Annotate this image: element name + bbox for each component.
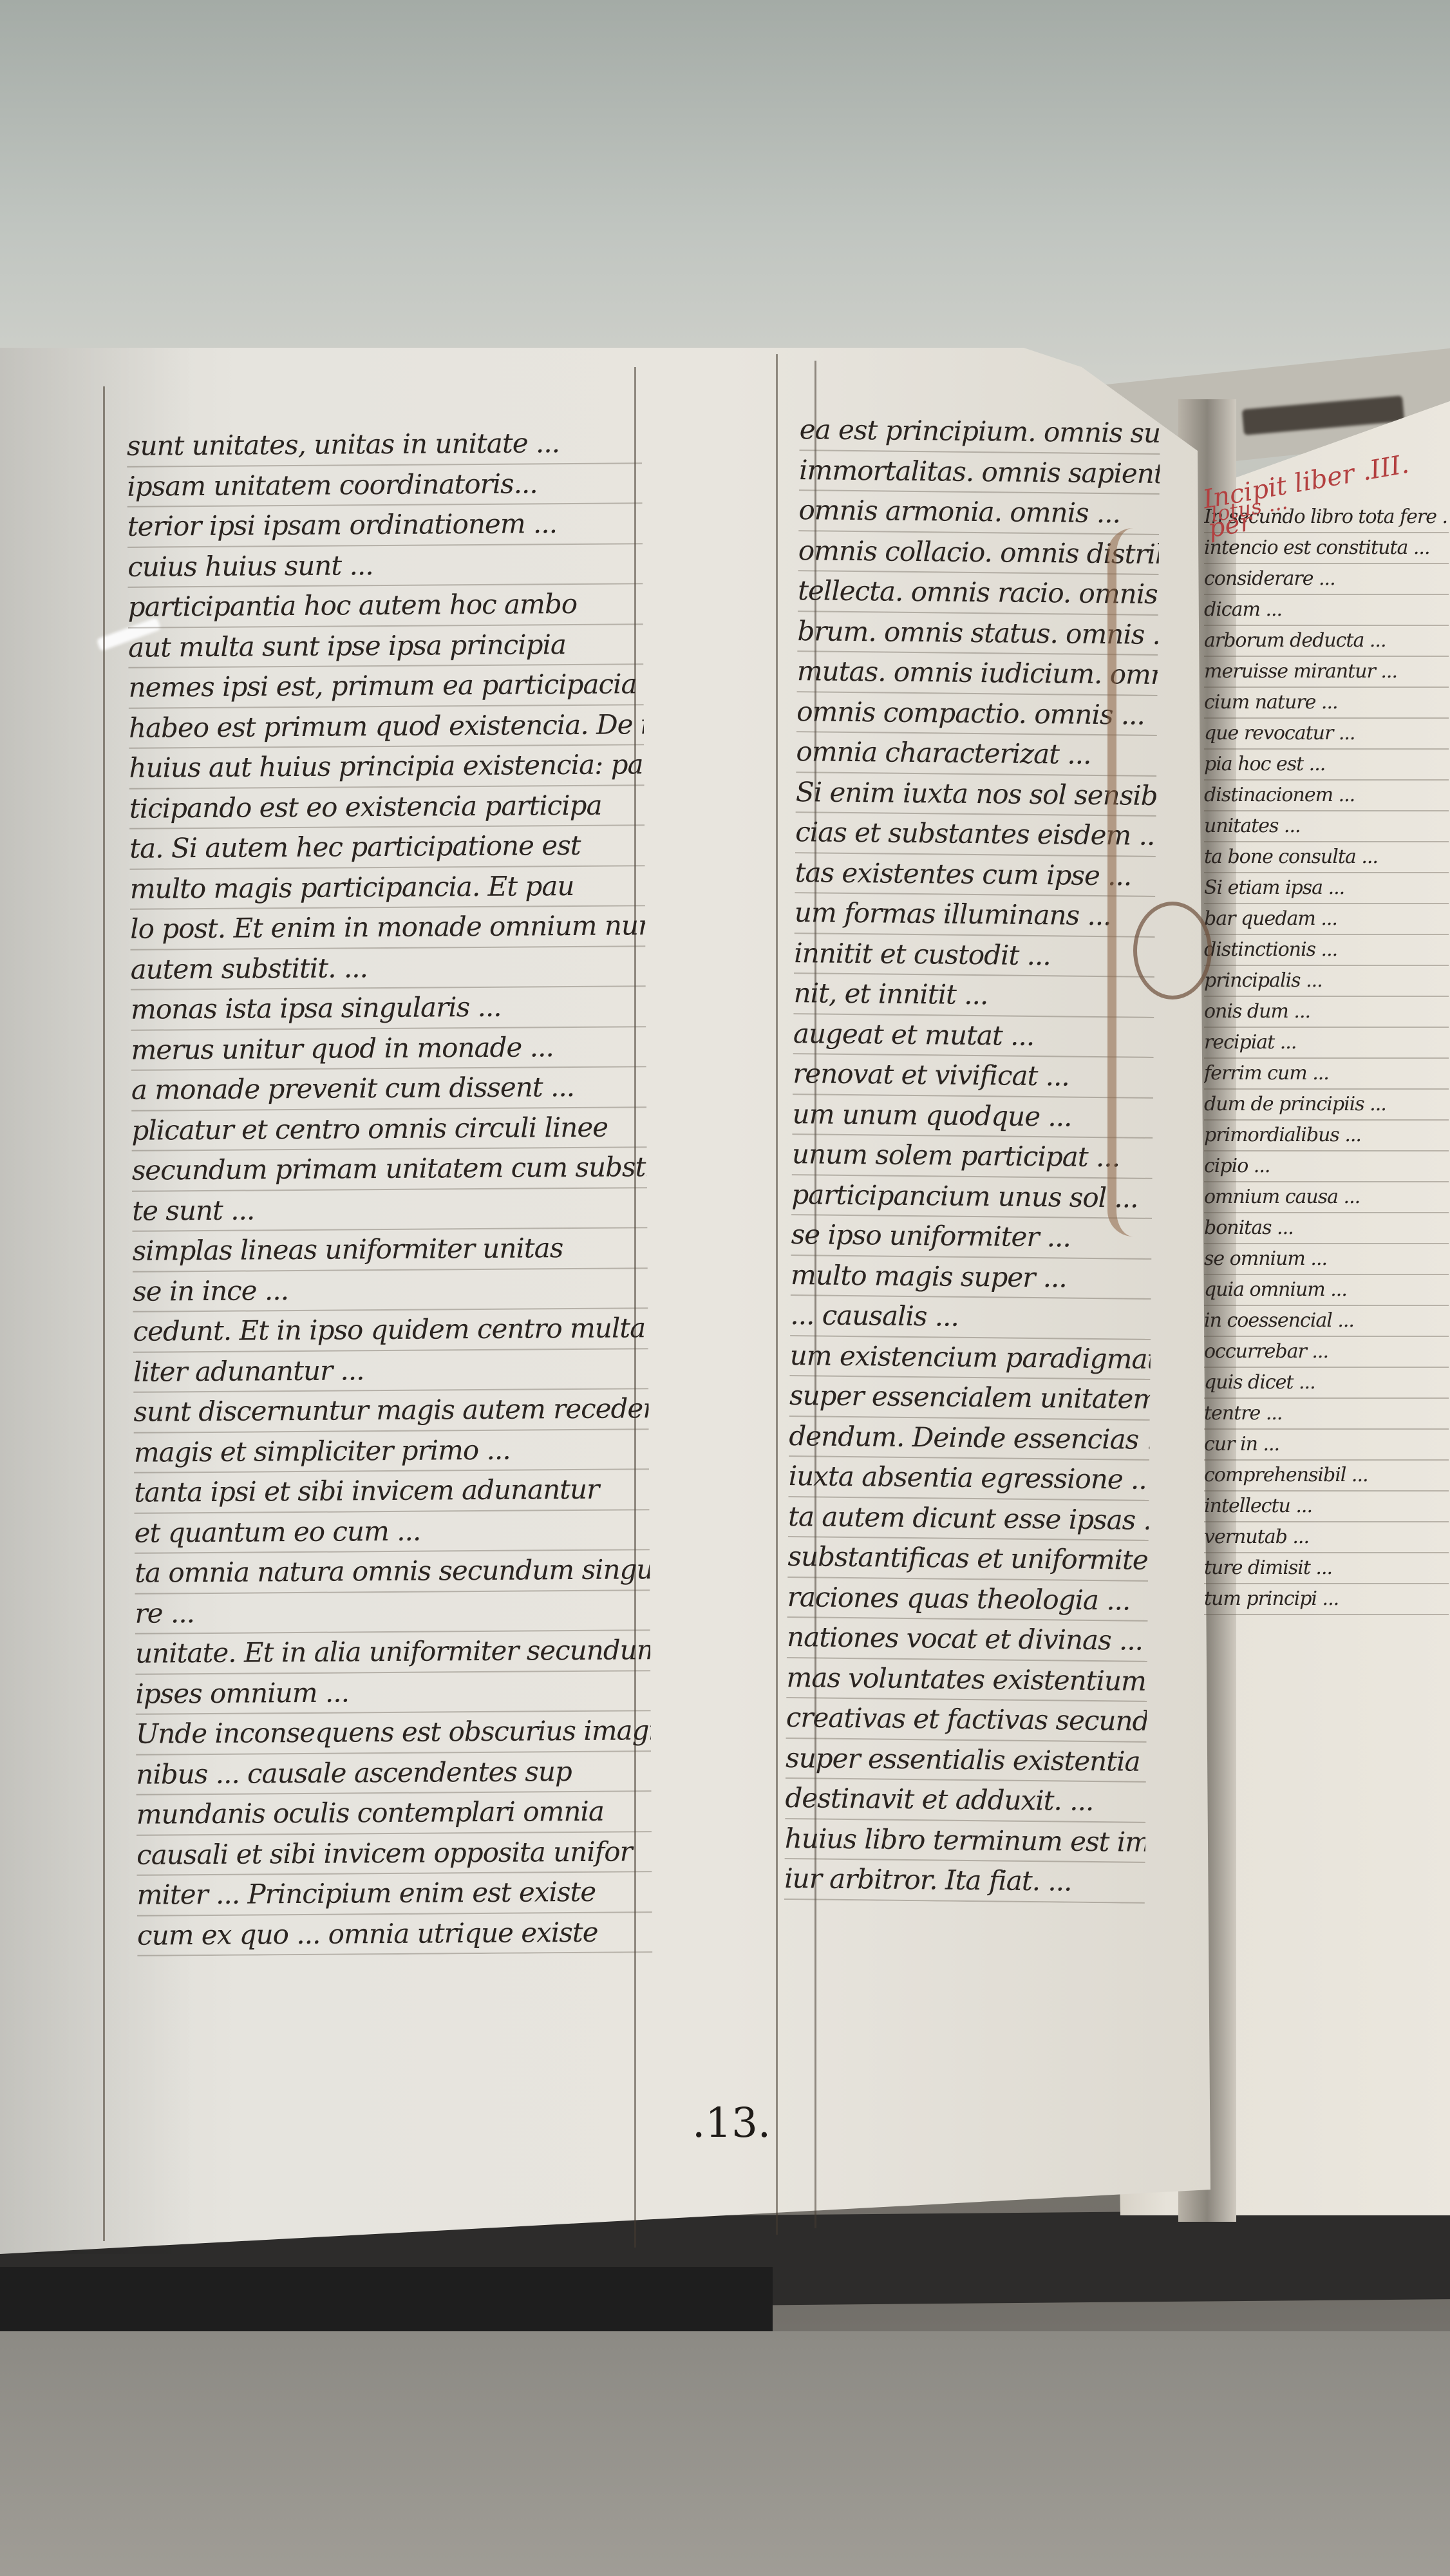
manuscript-line: sunt unitates, unitas in unitate ... xyxy=(127,423,642,467)
manuscript-line: ferrim cum ... xyxy=(1204,1059,1449,1090)
manuscript-line: se ipso uniformiter ... xyxy=(791,1215,1152,1259)
manuscript-line: nemes ipsi est, primum ea participacia xyxy=(128,665,643,708)
manuscript-line: nationes vocat et divinas ... xyxy=(787,1618,1148,1662)
manuscript-line: a monade prevenit cum dissent ... xyxy=(131,1067,646,1111)
manuscript-line: multo magis participancia. Et pau xyxy=(130,866,645,910)
manuscript-line: quia omnium ... xyxy=(1204,1275,1449,1306)
manuscript-line: substantificas et uniformiter ... xyxy=(787,1537,1149,1581)
manuscript-line: tas existentes cum ipse ... xyxy=(795,853,1156,897)
manuscript-line: ipsam unitatem coordinatoris... xyxy=(127,464,642,507)
manuscript-line: causali et sibi invicem opposita unifor xyxy=(137,1832,652,1876)
manuscript-line: mutas. omnis iudicium. omnis ... xyxy=(797,652,1158,696)
ruling-line xyxy=(776,354,778,2235)
manuscript-line: onis dum ... xyxy=(1204,997,1449,1028)
manuscript-line: re ... xyxy=(135,1591,650,1634)
manuscript-line: multo magis super ... xyxy=(791,1256,1152,1300)
manuscript-line: ... causalis ... xyxy=(790,1296,1151,1340)
manuscript-line: um existencium paradigmata secundum xyxy=(789,1336,1151,1380)
manuscript-line: cipio ... xyxy=(1204,1151,1449,1182)
manuscript-line: tanta ipsi et sibi invicem adunantur xyxy=(134,1470,649,1513)
manuscript-line: dum de principiis ... xyxy=(1204,1090,1449,1121)
manuscript-line: plicatur et centro omnis circuli linee xyxy=(131,1108,646,1151)
manuscript-line: huius aut huius principia existencia: pa… xyxy=(129,745,644,789)
manuscript-line: innitit et custodit ... xyxy=(794,934,1155,978)
manuscript-line: autem substitit. ... xyxy=(130,947,645,990)
manuscript-line: ticipando est eo existencia participa xyxy=(129,786,645,829)
manuscript-line: ta. Si autem hec participatione est xyxy=(129,826,645,869)
manuscript-line: ta omnia natura omnis secundum singula n… xyxy=(135,1550,650,1594)
manuscript-line: in coessencial ... xyxy=(1204,1306,1449,1337)
manuscript-line: bar quedam ... xyxy=(1204,904,1449,935)
manuscript-line: omnis armonia. omnis ... xyxy=(798,491,1160,535)
manuscript-line: que revocatur ... xyxy=(1204,719,1449,750)
manuscript-line: bonitas ... xyxy=(1204,1213,1449,1244)
manuscript-line: vernutab ... xyxy=(1204,1522,1449,1553)
manuscript-line: super essentialis existentia ... xyxy=(786,1739,1147,1783)
manuscript-line: Si enim iuxta nos sol sensibilis xyxy=(796,773,1157,817)
manuscript-line: magis et simpliciter primo ... xyxy=(134,1430,649,1473)
manuscript-line: recipiat ... xyxy=(1204,1028,1449,1059)
manuscript-line: cur in ... xyxy=(1204,1430,1449,1461)
text-column-left: sunt unitates, unitas in unitate ...ipsa… xyxy=(127,423,653,1956)
folio-number: .13. xyxy=(692,2099,771,2147)
illuminated-initial xyxy=(1107,528,1213,1236)
display-pedestal xyxy=(0,2331,1450,2576)
manuscript-line: lo post. Et enim in monade omnium numeri xyxy=(130,906,645,950)
manuscript-line: principalis ... xyxy=(1204,966,1449,997)
manuscript-line: se omnium ... xyxy=(1204,1244,1449,1275)
manuscript-line: nit, et innitit ... xyxy=(793,974,1154,1018)
manuscript-line: distinacionem ... xyxy=(1204,781,1449,811)
manuscript-line: cuius huius sunt ... xyxy=(127,544,643,588)
manuscript-line: tellecta. omnis racio. omnis ... xyxy=(798,571,1159,615)
initial-ornament xyxy=(1133,902,1212,999)
manuscript-line: tentre ... xyxy=(1204,1399,1449,1430)
manuscript-line: brum. omnis status. omnis ... xyxy=(797,612,1158,656)
manuscript-line: se in ince ... xyxy=(133,1269,648,1312)
manuscript-line: augeat et mutat ... xyxy=(793,1014,1154,1058)
manuscript-line: te sunt ... xyxy=(132,1188,647,1232)
manuscript-line: destinavit et adduxit. ... xyxy=(785,1779,1146,1823)
manuscript-line: super essencialem unitatem ... xyxy=(789,1376,1151,1420)
manuscript-line: considerare ... xyxy=(1204,564,1449,595)
manuscript-line: occurrebar ... xyxy=(1204,1337,1449,1368)
manuscript-line: creativas et factivas secundum ... xyxy=(786,1698,1147,1742)
manuscript-line: ta autem dicunt esse ipsas ... xyxy=(788,1497,1149,1541)
manuscript-line: mundanis oculis contemplari omnia xyxy=(137,1792,652,1835)
manuscript-line: ta bone consulta ... xyxy=(1204,842,1449,873)
manuscript-line: nibus ... causale ascendentes sup xyxy=(136,1752,651,1795)
manuscript-line: raciones quas theologia ... xyxy=(787,1578,1148,1622)
manuscript-line: omnia characterizat ... xyxy=(796,732,1157,776)
manuscript-line: monas ista ipsa singularis ... xyxy=(131,987,646,1030)
manuscript-line: et quantum eo cum ... xyxy=(135,1510,650,1554)
manuscript-line: sunt discernuntur magis autem recedente xyxy=(133,1389,648,1433)
manuscript-line: mas voluntates existentium ... xyxy=(786,1658,1147,1702)
manuscript-line: um formas illuminans ... xyxy=(795,893,1156,937)
manuscript-line: participancium unus sol ... xyxy=(791,1175,1153,1219)
manuscript-line: quis dicet ... xyxy=(1204,1368,1449,1399)
manuscript-line: terior ipsi ipsam ordinationem ... xyxy=(127,504,643,547)
manuscript-line: primordialibus ... xyxy=(1204,1121,1449,1151)
manuscript-line: omnis compactio. omnis ... xyxy=(796,692,1158,736)
manuscript-line: pia hoc est ... xyxy=(1204,750,1449,781)
manuscript-line: um unum quodque ... xyxy=(792,1095,1153,1139)
manuscript-line: omnis collacio. omnis distribucio ... xyxy=(798,531,1160,575)
manuscript-line: cedunt. Et in ipso quidem centro multa xyxy=(133,1309,648,1352)
manuscript-line: dendum. Deinde essencias ... xyxy=(789,1417,1150,1461)
manuscript-line: ea est principium. omnis sunt ... xyxy=(799,410,1160,454)
manuscript-line: unitates ... xyxy=(1204,811,1449,842)
text-column-right-page: In secundo libro tota fere ...intencio e… xyxy=(1204,502,1449,1615)
manuscript-line: dicam ... xyxy=(1204,595,1449,626)
manuscript-line: miter ... Principium enim est existe xyxy=(137,1872,652,1916)
manuscript-line: meruisse mirantur ... xyxy=(1204,657,1449,688)
ruling-line xyxy=(103,386,105,2241)
manuscript-line: participantia hoc autem hoc ambo xyxy=(127,584,643,628)
manuscript-line: cum ex quo ... omnia utrique existe xyxy=(137,1913,652,1956)
manuscript-line: arborum deducta ... xyxy=(1204,626,1449,657)
manuscript-line: unitate. Et in alia uniformiter secundum xyxy=(135,1631,650,1674)
manuscript-line: iuxta absentia egressione ... xyxy=(788,1457,1149,1501)
manuscript-line: immortalitas. omnis sapientia ... xyxy=(799,451,1160,495)
manuscript-line: Si etiam ipsa ... xyxy=(1204,873,1449,904)
text-column-middle: ea est principium. omnis sunt ...immorta… xyxy=(784,410,1160,1903)
manuscript-line: comprehensibil ... xyxy=(1204,1461,1449,1492)
manuscript-line: huius libro terminum est imponen xyxy=(785,1819,1146,1863)
manuscript-line: unum solem participat ... xyxy=(792,1135,1153,1179)
manuscript-line: Unde inconsequens est obscurius imagi xyxy=(136,1711,651,1755)
manuscript-line: tum principi ... xyxy=(1204,1584,1449,1615)
manuscript-line: intellectu ... xyxy=(1204,1492,1449,1522)
manuscript-line: liter adunantur ... xyxy=(133,1349,648,1393)
manuscript-line: secundum primam unitatem cum substitu xyxy=(132,1148,647,1191)
manuscript-line: habeo est primum quod existencia. De ind… xyxy=(129,705,644,749)
manuscript-line: distinctionis ... xyxy=(1204,935,1449,966)
manuscript-line: aut multa sunt ipse ipsa principia xyxy=(128,625,643,668)
manuscript-line: ture dimisit ... xyxy=(1204,1553,1449,1584)
manuscript-line: merus unitur quod in monade ... xyxy=(131,1027,646,1071)
manuscript-line: renovat et vivificat ... xyxy=(793,1054,1154,1098)
manuscript-line: cium nature ... xyxy=(1204,688,1449,719)
manuscript-line: simplas lineas uniformiter unitas xyxy=(132,1228,647,1272)
manuscript-line: iur arbitror. Ita fiat. ... xyxy=(784,1859,1145,1903)
manuscript-line: ipses omnium ... xyxy=(135,1671,650,1715)
manuscript-line: cias et substantes eisdem ... xyxy=(795,813,1156,857)
manuscript-line: omnium causa ... xyxy=(1204,1182,1449,1213)
